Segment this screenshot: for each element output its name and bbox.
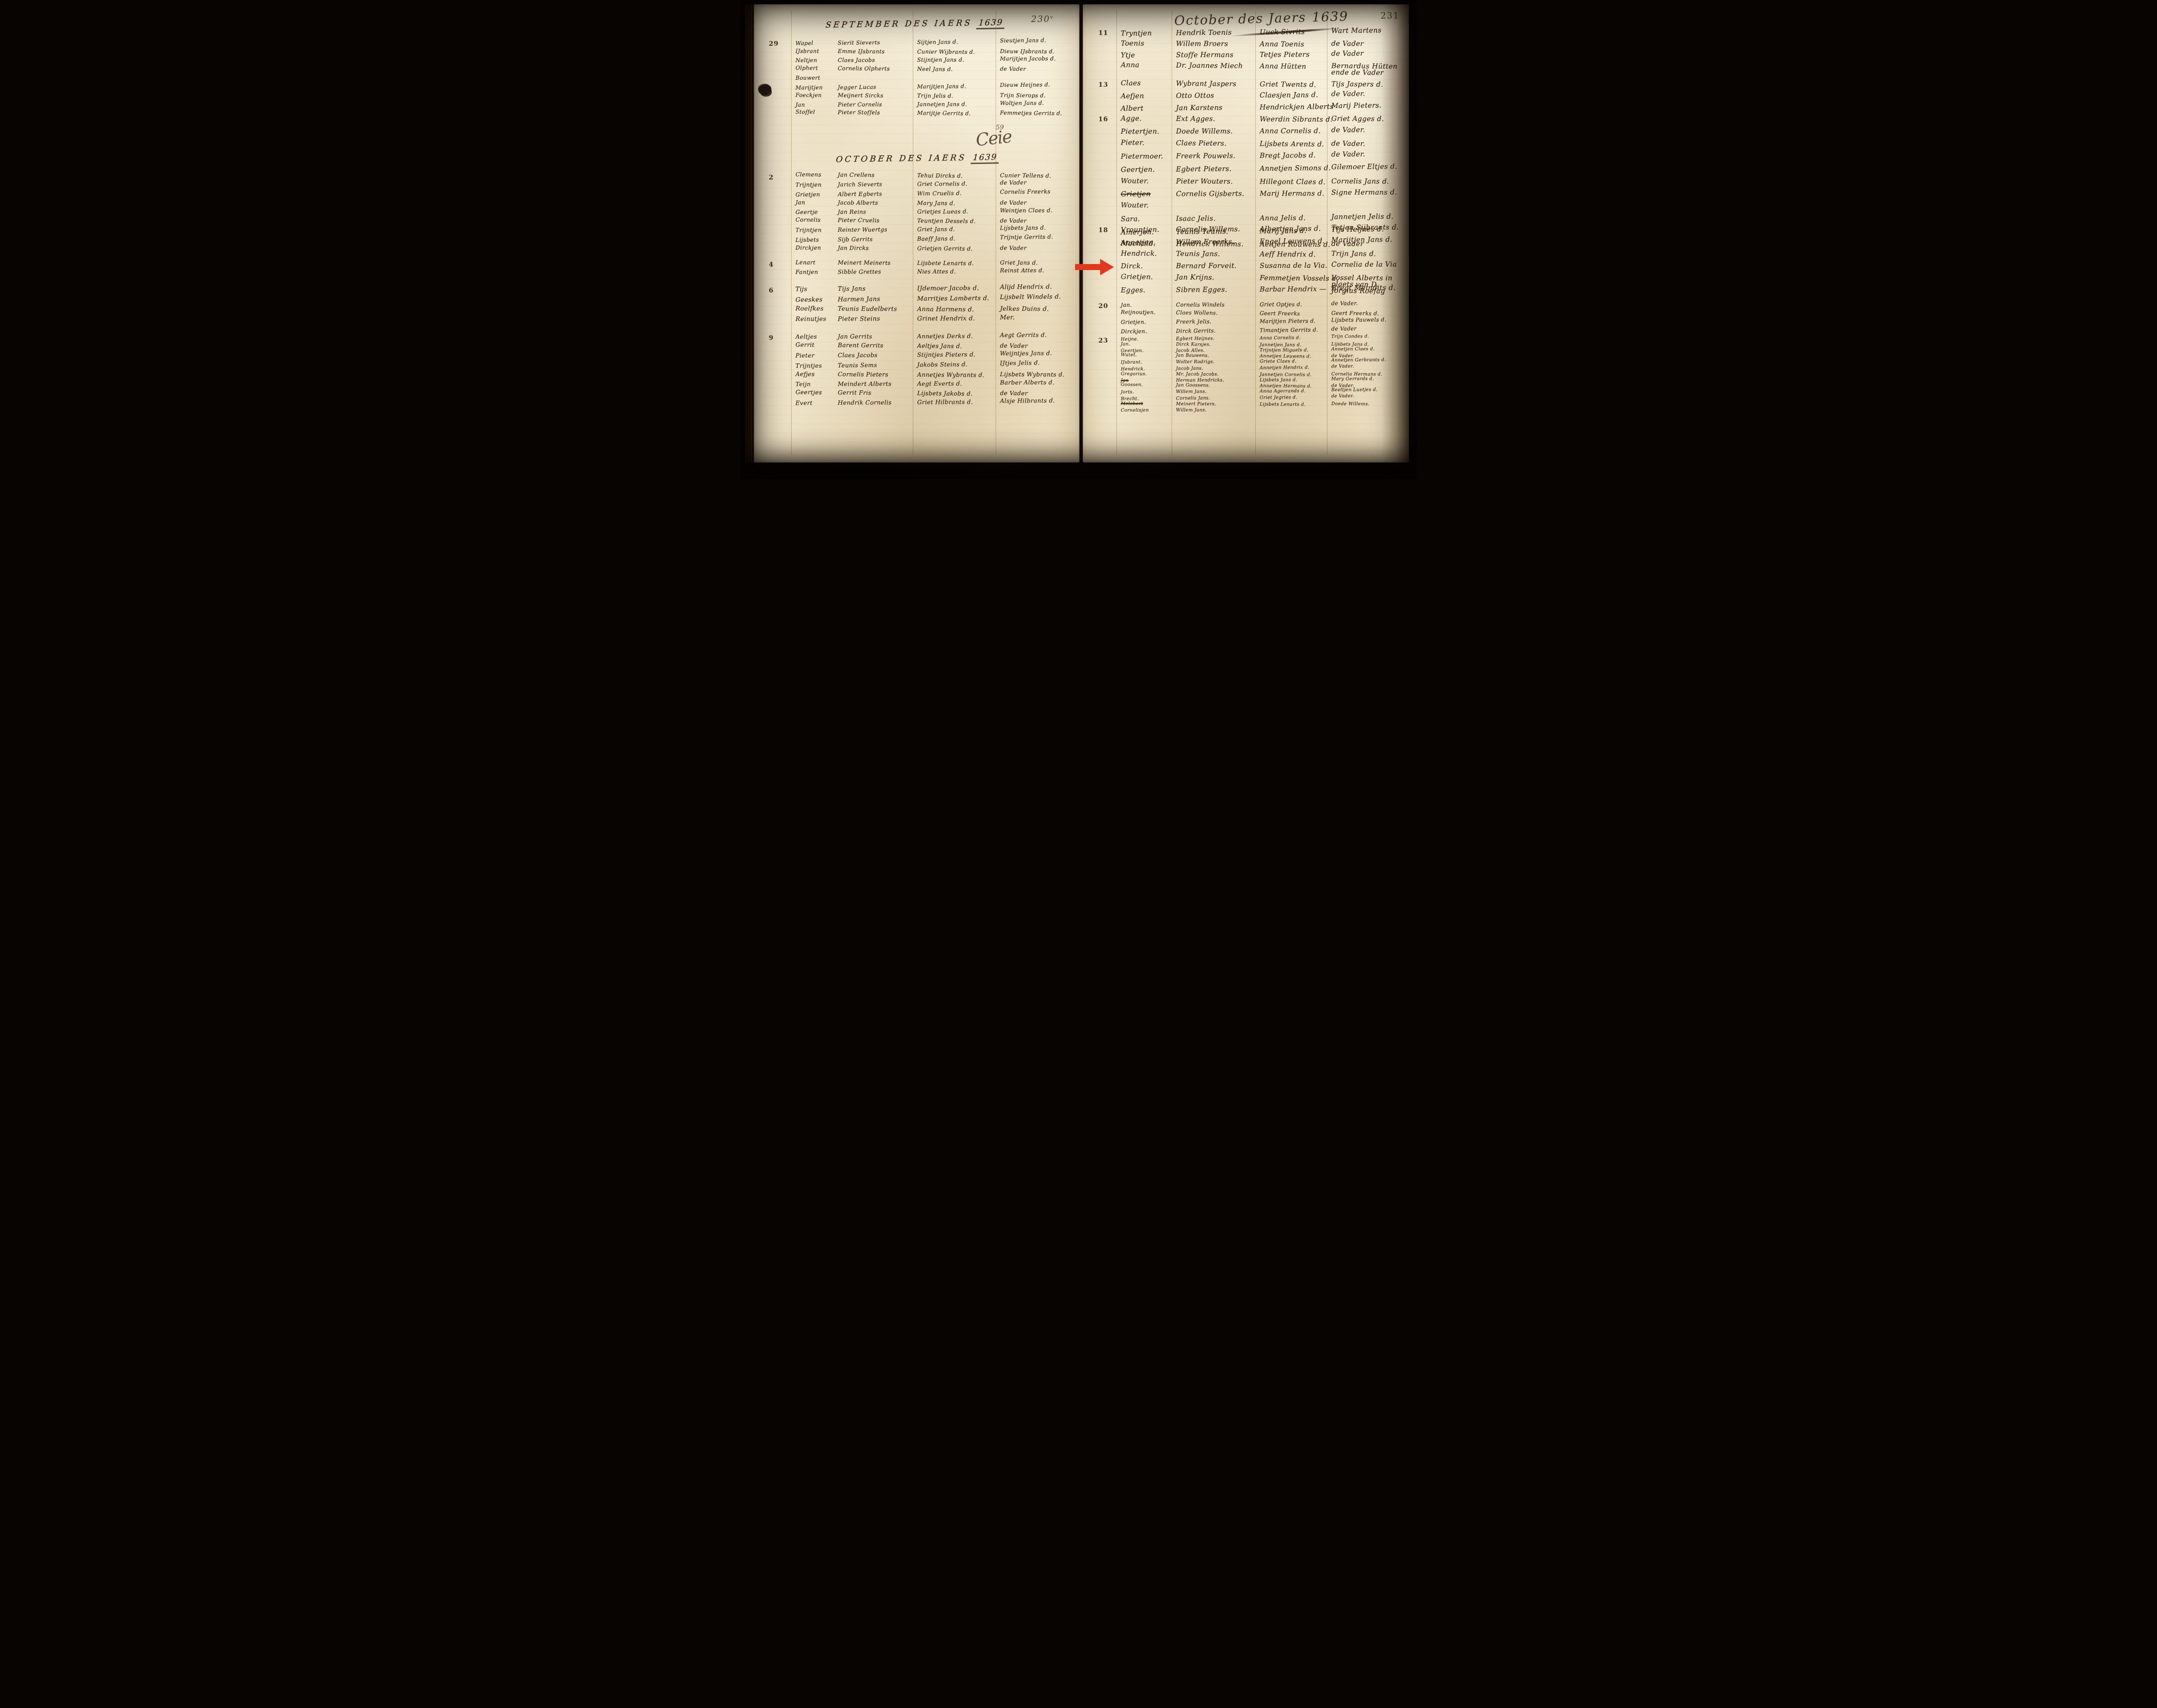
entry-father: Dirck Karsjes. (1176, 342, 1255, 347)
entry-witness: Bernardus Hütten ende de Vader (1331, 63, 1406, 76)
entry-child: Dirck. (1121, 262, 1172, 270)
entry-mother: Griet Twents d. (1260, 80, 1327, 88)
entry-mother: Jannetjen Cornelis d. (1260, 372, 1327, 377)
entry-witness: Mer. (1000, 315, 1076, 321)
entry-father: Barent Gerrits (838, 342, 912, 349)
entry-father: Isaac Jelis. (1176, 214, 1255, 223)
register-row: ClaesWybrant JaspersGriet Twents d.Tijs … (1083, 79, 1409, 90)
october-header-right-title: October des Jaers (1174, 10, 1306, 28)
register-row: TijsTijs JansIJdemoer Jacobs d.Alijd Hen… (751, 284, 1079, 295)
entry-child: Reijnoutjen. (1121, 308, 1172, 315)
entry-witness: IJtjes Jelis d. (1000, 360, 1076, 366)
entry-child: Goossen. (1121, 382, 1172, 388)
entry-witness: Reinst Attes d. (1000, 268, 1076, 274)
entry-child: Pietermoer. (1121, 152, 1172, 160)
entry-mother: Grinet Hendrix d. (917, 315, 995, 322)
register-row: RoelfkesTeunis EudelbertsAnna Harmens d.… (751, 305, 1079, 315)
entry-father: Teunis Sems (838, 362, 912, 369)
entry-child: Jan (796, 200, 837, 207)
october-header-right: October des Jaers 1639 (1174, 9, 1349, 29)
entry-witness: de Vader. (1331, 364, 1406, 369)
entry-mother: Griet Hilbrants d. (917, 399, 995, 406)
entry-father: Bernard Forveit. (1176, 261, 1255, 270)
entry-child: Lijsbets (796, 237, 837, 244)
red-arrow-annotation (1075, 259, 1115, 275)
entry-mother: Annetjes Wybrants d. (917, 371, 995, 379)
october-header-left-year: 1639 (971, 152, 1000, 164)
entry-father: Gerrit Fris (838, 389, 912, 397)
entry-father: Cornelis Pieters (838, 371, 912, 378)
entry-mother: Trijntjen Miguels d. (1260, 347, 1327, 353)
september-header: SEPTEMBER DES IAERS 1639 (825, 18, 1005, 30)
entry-child: Egges. (1121, 286, 1172, 294)
entry-mother: Griet Cornelis d. (917, 181, 995, 188)
entry-mother: Anna Harmens d. (917, 306, 995, 313)
entry-child: Hendrick. (1121, 366, 1172, 372)
entry-mother: Aeltjes Jans d. (917, 343, 995, 350)
entry-witness: de Vader (1000, 219, 1076, 225)
entry-child: Jan. (1121, 341, 1172, 347)
entry-witness: Griet Jans d. (1000, 261, 1076, 266)
register-row: TrijntjesTeunis SemsJakobs Steins d.IJtj… (751, 360, 1079, 372)
entry-child: Foeckjen (796, 92, 837, 99)
entry-witness: Lijsbelt Windels d. (1000, 294, 1076, 301)
entry-witness: de Vader (1000, 343, 1076, 349)
entry-mother: Grietjes Lueas d. (917, 208, 995, 215)
entry-father: Pieter Cornelis (838, 101, 912, 108)
left-page: SEPTEMBER DES IAERS 1639 230v 59 Ceie OC… (751, 4, 1079, 462)
september-header-title: SEPTEMBER DES IAERS (825, 18, 973, 30)
entry-father: Jegger Lucas (838, 83, 912, 91)
entry-witness: de Vader (1000, 246, 1076, 252)
entry-child: Geertje (796, 209, 837, 216)
entry-mother: Stijntjen Jans d. (917, 56, 995, 63)
entry-child: Geeskes (796, 296, 837, 304)
entry-mother: Griet Jans d. (917, 226, 995, 233)
entry-mother: Jannetjen Jans d. (1260, 342, 1327, 348)
entry-child: Trijntjes (796, 362, 837, 370)
register-row: AefjenOtto OttosClaesjen Jans d.de Vader… (1083, 90, 1409, 101)
entry-father: Jan Goossens. (1176, 383, 1255, 389)
entry-child: Albert (1121, 104, 1172, 113)
entry-mother: Claesjen Jans d. (1260, 91, 1327, 99)
entry-child: Neltjen (796, 57, 837, 63)
entry-father: Herman Hendricks. (1176, 377, 1255, 383)
entry-child: Brecht. (1121, 396, 1172, 402)
entry-witness: Cunier Tellens d. (1000, 173, 1076, 179)
register-row: Grietjen.Jan Krijns.Femmetjen Vossels d.… (1083, 272, 1409, 284)
entry-witness: de Vader. (1331, 301, 1406, 306)
entry-father: Meindert Alberts (838, 381, 912, 388)
entry-child: Pieter. (1121, 138, 1172, 147)
entry-father: Freerk Jelis. (1176, 318, 1255, 325)
entry-mother: Tehui Dircks d. (917, 173, 995, 180)
entry-father: Emme IJsbrants (838, 48, 912, 55)
entry-child: Gregorius. (1121, 371, 1172, 377)
register-row: StoffelPieter StoffelsMarijtje Gerrits d… (751, 108, 1079, 120)
entry-child: Tijs (796, 286, 837, 293)
entry-mother: Hendrickjen Alberts (1260, 102, 1327, 111)
entry-witness: Sieutjen Jans d. (1000, 38, 1076, 44)
entry-mother: Jakobs Steins d. (917, 361, 995, 368)
entry-father: Willem Jans. (1176, 407, 1255, 413)
entry-child: Jorts. (1121, 389, 1172, 395)
entry-father: Jan Reins (838, 209, 912, 216)
entry-mother: Sijtjen Jans d. (917, 38, 995, 45)
register-row: YtjeStoffe HermansTetjes Pietersde Vader (1083, 50, 1409, 60)
entry-mother: Anna Cornelis d. (1260, 126, 1327, 135)
register-row: Sara.Isaac Jelis.Anna Jelis d.Jannetjen … (1083, 213, 1409, 224)
entry-father: Claes Jacobs (838, 352, 912, 359)
entry-mother: Anna Cornelis d. (1260, 335, 1327, 340)
register-row: Pietertjen.Doede Willems.Anna Cornelis d… (1083, 126, 1409, 136)
entry-child: Pieter (796, 352, 837, 359)
entry-father: Jacob Alberts (838, 200, 912, 207)
entry-father: Claes Wollens. (1176, 309, 1255, 317)
entry-witness: Marij Pieters. (1331, 102, 1406, 109)
entry-witness: Gilemoer Eltjes d. (1331, 163, 1406, 170)
register-row: AeltjesJan GerritsAnnetjes Derks d.Aegt … (751, 333, 1079, 343)
entry-father: Sijb Gerrits (838, 236, 912, 243)
entry-child: Marijtjen (796, 84, 837, 91)
entry-mother: Aeff Hendrix d. (1260, 250, 1327, 258)
entry-child: Pietertjen. (1121, 127, 1172, 135)
entry-child: Reinutjes (796, 316, 837, 323)
register-row: GeeskesHarmen JansMarritjes Lamberts d.L… (751, 294, 1079, 306)
entry-child: Aefjes (796, 371, 837, 378)
register-row: ReinutjesPieter SteinsGrinet Hendrix d.M… (751, 315, 1079, 325)
entry-mother: Griet Optjes d. (1260, 301, 1327, 308)
entry-child: Evert (796, 399, 837, 407)
register-row: Geertjen.Egbert Pieters.Annetjen Simons … (1083, 163, 1409, 175)
entry-father: Hendrik Toenis (1176, 28, 1255, 37)
entry-father: Jacob Alles. (1176, 348, 1255, 353)
entry-mother: Hillegont Claes d. (1260, 177, 1327, 186)
entry-child: Sara. (1121, 214, 1172, 223)
entry-witness: Marijtjen Jacobs d. (1000, 56, 1076, 62)
entry-witness: Marijtjen Jans d. (1331, 236, 1406, 243)
entry-mother: Marij Hermans d. (1260, 189, 1327, 198)
entry-father: Jan Crellens (838, 172, 912, 179)
entry-child: Vrountjen. (1121, 225, 1172, 234)
entry-mother: Susanna de la Via. (1260, 261, 1327, 270)
entry-mother: Marijtjen Jans d. (917, 82, 995, 90)
entry-child: Dirckjen. (1121, 328, 1172, 335)
entry-father: Willem Broers (1176, 39, 1255, 48)
entry-father: Mr. Jacob Jacobs. (1176, 371, 1255, 377)
entry-witness: Jannetjen Jelis d. (1331, 213, 1406, 220)
entry-father: Pieter Steins (838, 315, 912, 323)
right-page: October des Jaers 1639 231 11TryntjenHen… (1083, 4, 1409, 462)
entry-witness: Griet Agges d. (1331, 115, 1406, 122)
register-row: FantjenSibble GrettesNies Attes d.Reinst… (751, 268, 1079, 278)
entry-child: Anna (1121, 60, 1172, 69)
entry-witness: Woltjen Jans d. (1000, 100, 1076, 106)
entry-father: Egbert Heijnes. (1176, 336, 1255, 342)
entry-witness: Aegt Gerrits d. (1000, 333, 1076, 339)
entry-father: Jarich Sieverts (838, 181, 912, 188)
entry-witness: Annetjen Gerbrants d. (1331, 358, 1406, 363)
entry-father: Harmen Jans (838, 296, 912, 303)
entry-father: Pieter Cruelis (838, 217, 912, 224)
entry-father: Willem Jans. (1176, 389, 1255, 394)
entry-father: Pieter Wouters. (1176, 177, 1255, 186)
entry-father: Freerk Pouwels. (1176, 151, 1255, 160)
entry-father: Ext Agges. (1176, 114, 1255, 123)
register-row: DirckjenJan DircksGrietjen Gerrits d.de … (751, 245, 1079, 255)
register-row: LijsbetsSijb GerritsBaeff Jans d.Trijntj… (751, 235, 1079, 246)
entry-father: Sierit Sieverts (838, 39, 912, 46)
entry-child: Cornelisjen (1121, 407, 1172, 412)
entry-father: Cornelis Willems. (1176, 225, 1255, 233)
entry-father: Jan Dircks (838, 245, 912, 252)
entry-child: Geertjes (796, 389, 837, 396)
entry-father: Teunis Jans. (1176, 249, 1255, 258)
entry-witness: Cornelis Jans d. (1331, 178, 1406, 185)
entry-witness: Lijsbets Pauwels d. (1331, 317, 1406, 323)
register-row: Dirck.Bernard Forveit.Susanna de la Via.… (1083, 261, 1409, 271)
entry-witness: de Vader. (1331, 151, 1406, 157)
entry-father: Wolter Rodrigs. (1176, 359, 1255, 365)
entry-mother: Anna Jelis d. (1260, 214, 1327, 222)
entry-witness: Tetjen Sijbrants d. (1331, 224, 1406, 231)
october-header-left: OCTOBER DES IAERS 1639 (836, 152, 1000, 164)
entry-mother: Aegt Everts d. (917, 380, 995, 387)
entry-mother: Jannetjen Jans d. (917, 101, 995, 107)
entry-witness: de Vader (1000, 180, 1076, 186)
entry-witness: Weijntjes Jans d. (1000, 351, 1076, 357)
tally-flourish: 59 Ceie (976, 129, 1012, 148)
entry-mother: Lijsbets Arents d. (1260, 139, 1327, 148)
entry-witness: Alsje Hilbrants d. (1000, 398, 1076, 404)
entry-witness: Annetjen Claes d. (1331, 347, 1406, 352)
entry-witness: Trijn Condes d. (1331, 334, 1406, 339)
entry-mother: IJdemoer Jacobs d. (917, 285, 995, 292)
folio-left-sup: v (1050, 14, 1053, 20)
register-row: Pietermoer.Freerk Pouwels.Bregt Jacobs d… (1083, 151, 1409, 161)
entry-child: IJsbrant (796, 47, 837, 54)
entry-witness: Cornelis Freerks (1000, 189, 1076, 195)
entry-father: Cornelis Jans. (1176, 395, 1255, 401)
entry-father: Sibren Egges. (1176, 285, 1255, 294)
entry-father: Pieter Stoffels (838, 109, 912, 116)
entry-child: Stoffel (796, 109, 837, 116)
entry-mother: Marritjes Lamberts d. (917, 295, 995, 302)
entry-father: Albert Egberts (838, 191, 912, 198)
entry-father: Meinert Pieters. (1176, 401, 1255, 407)
register-row: AlbertJan KarstensHendrickjen AlbertsMar… (1083, 102, 1409, 113)
entry-mother: Lijsbets Jakobs d. (917, 390, 995, 398)
entry-mother: Trijn Jelis d. (917, 92, 995, 99)
entry-child: Wouter. (1121, 201, 1172, 209)
entry-witness: de Vader (1000, 201, 1076, 206)
entry-child: Bouwert (796, 74, 837, 81)
entry-child: Wutet. (1121, 352, 1172, 358)
entry-child: Grietjen (796, 192, 837, 198)
entry-child: Claes (1121, 79, 1172, 87)
entry-child: Cornelis (796, 217, 837, 224)
register-row: AnnaDr. Joannes MiechAnna HüttenBernardu… (1083, 60, 1409, 72)
entry-father: Willem Freerks. (1176, 237, 1255, 246)
register-row: TeijnMeindert AlbertsAegt Everts d.Barbe… (751, 380, 1079, 390)
folio-number-right: 231 (1380, 10, 1399, 21)
entry-father: Jan Bauwens. (1176, 353, 1255, 359)
entry-mother: Weerdin Sibrants d. (1260, 115, 1327, 123)
entry-child: Trijntjen (796, 182, 837, 189)
entry-child: Hendrick. (1121, 249, 1172, 258)
entry-mother: Lijsbets Jans d. (1260, 377, 1327, 383)
register-row: Wouter.Pieter Wouters.Hillegont Claes d.… (1083, 176, 1409, 187)
entry-father: Tijs Jans (838, 285, 912, 293)
folio-left-value: 230 (1031, 14, 1050, 24)
entry-father: Jan Krijns. (1176, 273, 1255, 282)
entry-child: Wapel (796, 40, 837, 47)
entry-father: Cornelis Gijsberts. (1176, 189, 1255, 198)
entry-witness: Mary Gerrards d. (1331, 377, 1406, 381)
entry-child: Grietjen (1121, 190, 1172, 198)
entry-witness: Femmetjes Gerrits d. (1000, 110, 1076, 116)
entry-witness: Bregt Meindits d. (1331, 284, 1406, 291)
entry-father: Otto Ottos (1176, 91, 1255, 100)
entry-mother: Baeff Jans d. (917, 235, 995, 242)
entry-child: Dirckjen (796, 245, 837, 252)
entry-child: Olphert (796, 64, 837, 71)
october-header-right-year: 1639 (1311, 9, 1349, 25)
entry-mother: Femmetjen Vossels d. (1260, 274, 1327, 282)
entry-father: Dirck Gerrits. (1176, 327, 1255, 334)
entry-child: Fantjen (796, 269, 837, 276)
entry-witness: Wart Martens (1331, 27, 1406, 34)
entry-father: Jan Karstens (1176, 103, 1255, 112)
entry-witness: de Vader (1000, 66, 1076, 72)
entry-child: Tryntjen (1121, 29, 1172, 38)
entry-father: Hendrik Cornelis (838, 399, 912, 406)
folio-number-left: 230v (1031, 14, 1053, 24)
entry-mother: Albertjen Jans d. (1260, 224, 1327, 233)
arrow-shaft (1075, 264, 1100, 270)
folio-right-value: 231 (1380, 10, 1399, 21)
entry-witness: de Vader. (1331, 126, 1406, 133)
entry-witness: Beeltjen Luetjes d. (1331, 388, 1406, 393)
entry-father: Sibble Grettes (838, 269, 912, 276)
entry-mother: Anna Agerrands d. (1260, 388, 1327, 394)
entry-witness: de Vader (1331, 326, 1406, 331)
entry-child: Clemens (796, 172, 837, 179)
entry-witness: Signe Hermans d. (1331, 189, 1406, 196)
entry-witness: Trijntje Gerrits d. (1000, 235, 1076, 241)
entry-mother: Barbar Hendrix — (1260, 285, 1327, 293)
entry-mother: Anna Hütten (1260, 62, 1327, 70)
entry-witness: Tijs Jaspers d. (1331, 81, 1406, 88)
entry-mother: Lijsbets Lenarts d. (1260, 402, 1327, 407)
entry-child: Toenis (1121, 39, 1172, 47)
entry-child: Roelfkes (796, 305, 837, 313)
entry-mother: Tetjes Pieters (1260, 50, 1327, 59)
entry-mother: Neel Jans d. (917, 66, 995, 73)
entry-father: Jan Gerrits (838, 333, 912, 340)
entry-father: Claes Jacobs (838, 57, 912, 63)
register-row: Pieter.Claes Pieters.Lijsbets Arents d.d… (1083, 138, 1409, 150)
entry-witness: Trijn Jans d. (1331, 250, 1406, 257)
register-row: TryntjenHendrik ToenisUuck SivritsWart M… (1083, 27, 1409, 38)
register-row: CornelisjenWillem Jans. (1083, 406, 1409, 416)
entry-witness: Weintjen Claes d. (1000, 208, 1076, 214)
entry-witness: Barber Alberts d. (1000, 380, 1076, 386)
entry-witness: Geert Freerks d. (1331, 311, 1406, 316)
entry-mother: Uuck Sivrits (1260, 27, 1327, 36)
entry-child: Geertjen. (1121, 165, 1172, 174)
entry-mother: Marijtje Gerrits d. (917, 110, 995, 117)
entry-child: Annetjen. (1121, 238, 1172, 247)
entry-child: Wouter. (1121, 176, 1172, 185)
entry-witness: de Vader (1331, 40, 1406, 47)
september-header-year: 1639 (976, 18, 1005, 29)
entry-mother: Teuntjen Dessels d. (917, 218, 995, 225)
entry-witness: de Vader (1331, 50, 1406, 57)
register-row: GrietjenCornelis Gijsberts.Marij Hermans… (1083, 189, 1409, 199)
entry-mother: Nies Attes d. (917, 268, 995, 275)
entry-mother: Mary Jans d. (917, 200, 995, 207)
entry-witness: Jelkes Duins d. (1000, 306, 1076, 312)
entry-child: Grietjen. (1121, 272, 1172, 281)
entry-mother: Wim Cruelis d. (917, 190, 995, 197)
entry-mother: Anna Toenis (1260, 40, 1327, 48)
register-row: Hendrick.Teunis Jans.Aeff Hendrix d.Trij… (1083, 249, 1409, 259)
entry-father: Wybrant Jaspers (1176, 79, 1255, 88)
entry-witness: Dieuw IJsbrants d. (1000, 49, 1076, 54)
entry-child: Aefjen (1121, 91, 1172, 100)
entry-father: Meinert Meinerts (838, 260, 912, 267)
entry-witness: de Vader (1000, 391, 1076, 397)
entry-mother: Cunier Wijbrants d. (917, 48, 995, 55)
october-header-left-title: OCTOBER DES IAERS (836, 153, 967, 164)
entry-father: Teunis Eudelberts (838, 305, 912, 313)
entry-mother: Marijtjen Pieters d. (1260, 318, 1327, 324)
entry-father: Meijnert Sircks (838, 92, 912, 99)
entry-mother: Griet Jegries d. (1260, 394, 1327, 400)
entry-child: Melchert (1121, 401, 1172, 406)
entry-mother: Griete Claes d. (1260, 359, 1327, 364)
entry-mother: Timantjen Gerrits d. (1260, 326, 1327, 333)
register-row: Wouter. (1083, 201, 1409, 212)
entry-child: Agge. (1121, 114, 1172, 123)
entry-witness: de Vader. (1331, 90, 1406, 97)
entry-witness: de Vader. (1331, 394, 1406, 399)
arrow-head (1100, 259, 1114, 275)
entry-mother: Lijsbete Lenarts d. (917, 260, 995, 267)
entry-father: Egbert Pieters. (1176, 164, 1255, 173)
entry-witness: Cornelia de la Via (1331, 261, 1406, 268)
entry-father: Reinter Wuertgs (838, 226, 912, 233)
entry-mother: Engel Louwens d. (1260, 236, 1327, 245)
entry-father: Claes Pieters. (1176, 139, 1255, 148)
entry-child: Aeltjes (796, 333, 837, 340)
entry-witness: Trijn Sierops d. (1000, 93, 1076, 98)
entry-father: Jacob Jans. (1176, 365, 1255, 371)
entry-witness: de Vader. (1331, 140, 1406, 148)
register-row: WapelSierit SievertsSijtjen Jans d.Sieut… (751, 38, 1079, 49)
entry-father: Stoffe Hermans (1176, 50, 1255, 59)
entry-child: Jan (796, 101, 837, 107)
entry-child: Jan. (1121, 302, 1172, 308)
entry-child: Teijn (796, 381, 837, 388)
tally-scribble: Ceie (975, 127, 1012, 150)
entry-witness: Alijd Hendrix d. (1000, 284, 1076, 291)
entry-mother: Stijntjes Pieters d. (917, 351, 995, 359)
entry-child: Ytje (1121, 51, 1172, 59)
register-row: EvertHendrik CornelisGriet Hilbrants d.A… (751, 398, 1079, 409)
entry-child: Heijne. (1121, 337, 1172, 342)
